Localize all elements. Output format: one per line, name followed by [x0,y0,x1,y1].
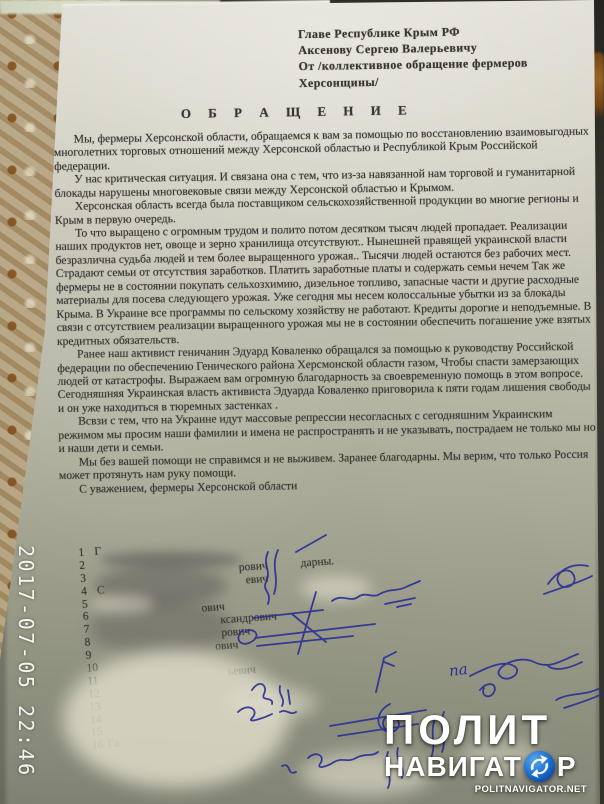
signature-row-mid: рович [238,560,268,574]
signature-row-num: 3 [80,572,87,584]
signature-row-num: 4 [81,585,88,597]
signature-row-num: 10 [86,662,98,675]
signature-row-num: 9 [85,649,92,661]
paragraph: То что выращено с огромным трудом и поли… [55,218,597,348]
signature-row-pre: Г [94,545,101,557]
signature-row-num: 16 [91,739,103,752]
signature-row-num: 8 [84,637,91,649]
document-title: О Б Р А Щ Е Н И Е [53,100,541,124]
addressee-block: Главе Республике Крым РФАксенову Сергею … [298,22,593,91]
photo-of-document: { "photo": { "timestamp": "2017-07-05 22… [0,0,604,804]
globe-arrows-icon [523,750,556,783]
watermark-subtitle: НАВИГАТ Р [384,750,599,783]
signature-row-num: 7 [83,624,90,636]
signature-row-pre: Га [107,738,119,751]
signature-row-num: 6 [82,611,89,623]
signature-row-num: 1 [78,547,85,559]
watermark-title: ПОЛИТ [384,710,599,750]
signature-row-num: 15 [91,726,103,739]
document-body: Мы, фермеры Херсонской области, обращаем… [54,124,600,496]
signature-row-mid: евич [245,572,268,586]
signature-row-mid: ич [246,689,259,702]
signature-row-num: 11 [87,675,99,688]
signature-row-num: 2 [79,559,86,571]
watermark-subtitle-right: Р [557,752,577,782]
signature-row-num: 13 [89,701,101,714]
signature-row-mid: рович [221,625,251,639]
watermark-site-url: POLITNAVIGATOR.NET [384,784,587,795]
signature-row-num: 12 [88,688,100,701]
watermark-subtitle-left: НАВИГАТ [384,752,522,782]
signature-row-mid: ович [215,639,239,653]
camera-timestamp: 2017-07-05 22:46 [14,545,38,804]
document-content: Главе Республике Крым РФАксенову Сергею … [52,22,599,496]
ink-note: па [448,660,469,680]
signature-list: 1Г23ровичдарны.4Севич56ович7ксандрович8р… [78,525,412,753]
paragraph: Ранее наш активист геничанин Эдуард Кова… [57,340,598,416]
signature-row-num: 5 [82,598,89,610]
signature-row-mid: ьевич [228,664,256,678]
signature-row-mid: ович [201,601,225,615]
signature-row-pre: С [97,584,105,597]
signature-row-mid: ч [257,702,264,714]
signature-row-num: 14 [90,713,102,726]
politnavigator-watermark: ПОЛИТ НАВИГАТ Р POLITNAVIGATOR.NET [384,710,599,795]
